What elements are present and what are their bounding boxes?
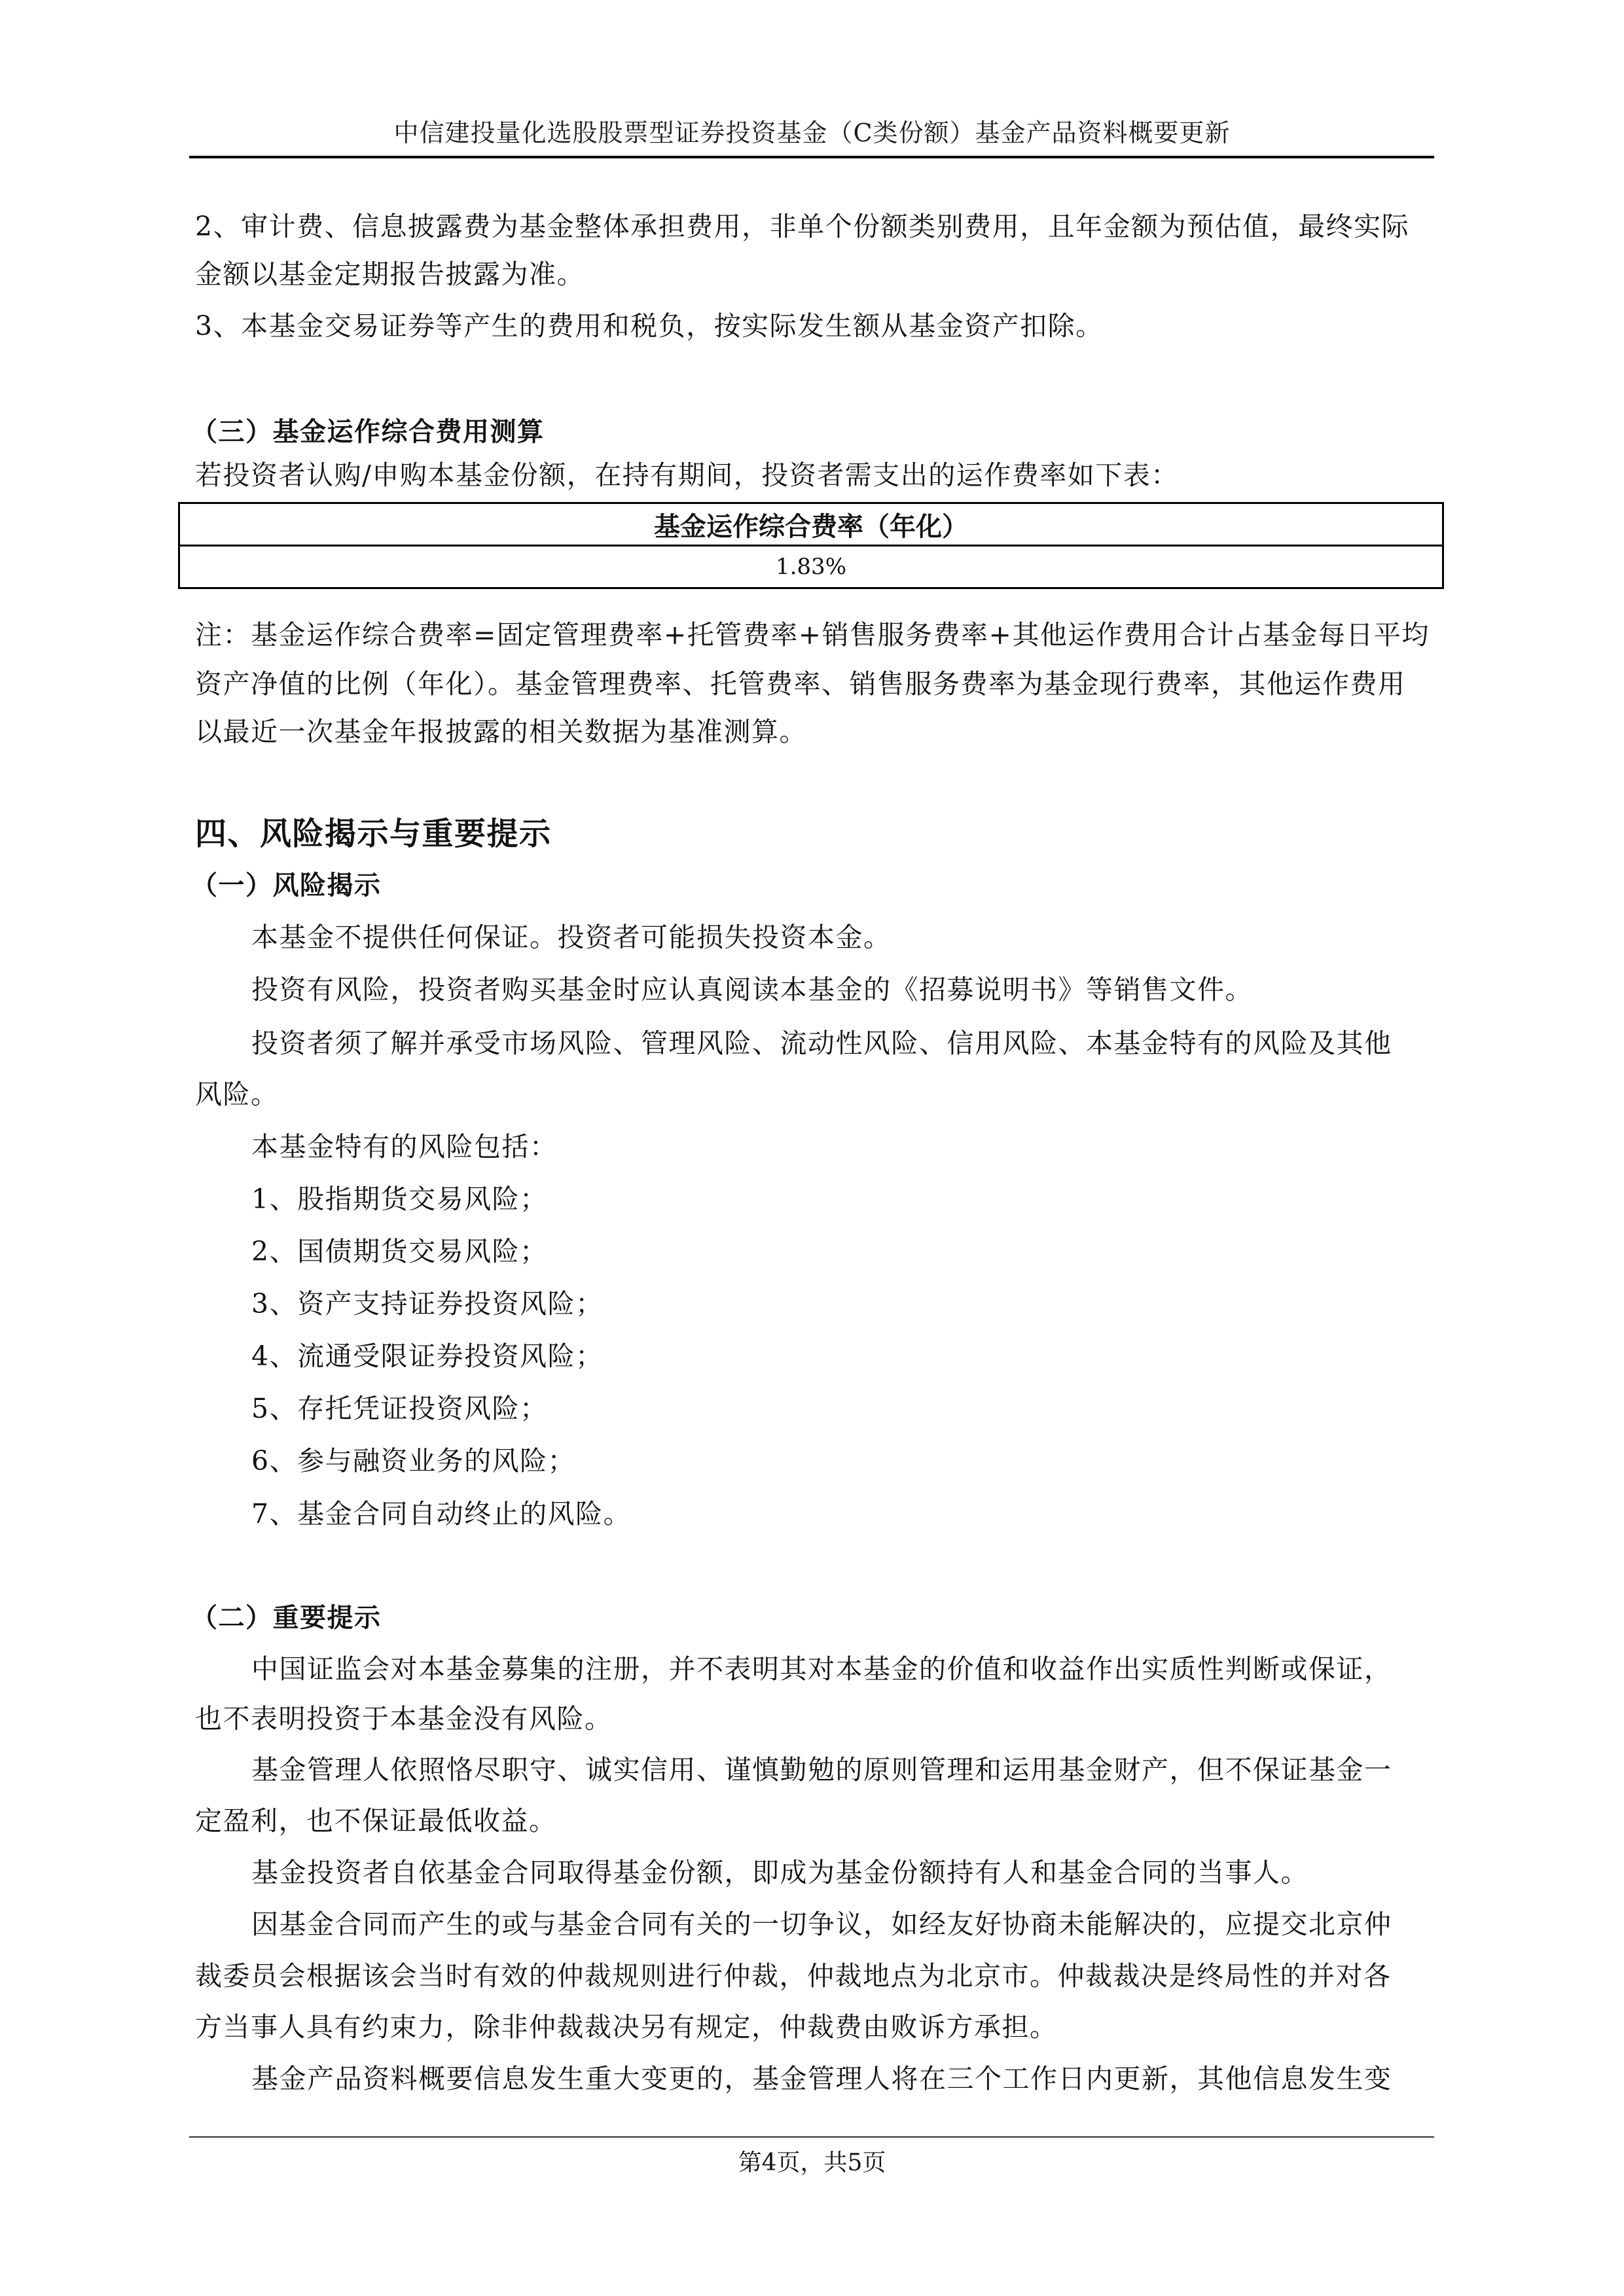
footer-divider (189, 2136, 1434, 2138)
notice-line: 定盈利，也不保证最低收益。 (195, 1804, 557, 1838)
fee-note-2-line-1: 2、审计费、信息披露费为基金整体承担费用，非单个份额类别费用，且年金额为预估值，… (195, 209, 1409, 243)
operating-fee-table-value: 1.83% (179, 546, 1443, 588)
fee-note-2-line-2: 金额以基金定期报告披露为准。 (195, 257, 585, 291)
section-heading-operating-fee-estimate: （三）基金运作综合费用测算 (191, 415, 545, 449)
section-heading-risk-disclosure: （一）风险揭示 (191, 869, 382, 903)
notice-line: 基金投资者自依基金合同取得基金份额，即成为基金份额持有人和基金合同的当事人。 (251, 1856, 1308, 1890)
operating-fee-table-header: 基金运作综合费率（年化） (179, 503, 1443, 546)
document-header-title: 中信建投量化选股股票型证券投资基金（C类份额）基金产品资料概要更新 (0, 113, 1624, 149)
notice-line: 基金管理人依照恪尽职守、诚实信用、谨慎勤勉的原则管理和运用基金财产，但不保证基金… (251, 1753, 1392, 1787)
risk-paragraph-3-line-2: 风险。 (195, 1077, 279, 1111)
risk-list-item: 6、参与融资业务的风险； (251, 1444, 575, 1478)
risk-list-item: 4、流通受限证券投资风险； (251, 1339, 604, 1373)
notice-line: 中国证监会对本基金募集的注册，并不表明其对本基金的价值和收益作出实质性判断或保证… (251, 1652, 1392, 1686)
risk-list-item: 3、资产支持证券投资风险； (251, 1287, 604, 1321)
operating-fee-intro: 若投资者认购/申购本基金份额，在持有期间，投资者需支出的运作费率如下表： (195, 458, 1179, 492)
risk-paragraph-3-line-1: 投资者须了解并承受市场风险、管理风险、流动性风险、信用风险、本基金特有的风险及其… (251, 1026, 1392, 1060)
notice-line: 基金产品资料概要信息发生重大变更的，基金管理人将在三个工作日内更新，其他信息发生… (251, 2062, 1392, 2096)
risk-list-item: 7、基金合同自动终止的风险。 (251, 1497, 631, 1531)
header-divider (189, 156, 1434, 158)
risk-list-item: 1、股指期货交易风险； (251, 1182, 548, 1216)
risk-paragraph-1: 本基金不提供任何保证。投资者可能损失投资本金。 (251, 920, 892, 954)
risk-list-item: 2、国债期货交易风险； (251, 1234, 548, 1268)
notice-line: 也不表明投资于本基金没有风险。 (195, 1702, 613, 1736)
page-number: 第4页，共5页 (0, 2144, 1624, 2178)
fee-note-3: 3、本基金交易证券等产生的费用和税负，按实际发生额从基金资产扣除。 (195, 309, 1104, 343)
section-heading-important-notice: （二）重要提示 (191, 1601, 382, 1635)
operating-fee-note-line-1: 注：基金运作综合费率=固定管理费率+托管费率+销售服务费率+其他运作费用合计占基… (195, 618, 1430, 652)
notice-line: 因基金合同而产生的或与基金合同有关的一切争议，如经友好协商未能解决的，应提交北京… (251, 1907, 1392, 1941)
section-heading-risk-and-notice: 四、风险揭示与重要提示 (195, 814, 552, 853)
notice-line: 方当事人具有约束力，除非仲裁裁决另有规定，仲裁费由败诉方承担。 (195, 2010, 1058, 2044)
risk-paragraph-2: 投资有风险，投资者购买基金时应认真阅读本基金的《招募说明书》等销售文件。 (251, 973, 1253, 1007)
operating-fee-note-line-3: 以最近一次基金年报披露的相关数据为基准测算。 (195, 715, 807, 749)
risk-list-item: 5、存托凭证投资风险； (251, 1391, 548, 1426)
operating-fee-table: 基金运作综合费率（年化） 1.83% (178, 502, 1444, 589)
risk-paragraph-4: 本基金特有的风险包括： (251, 1130, 558, 1164)
operating-fee-note-line-2: 资产净值的比例（年化）。基金管理费率、托管费率、销售服务费率为基金现行费率，其他… (195, 667, 1406, 701)
notice-line: 裁委员会根据该会当时有效的仲裁规则进行仲裁，仲裁地点为北京市。仲裁裁决是终局性的… (195, 1959, 1392, 1993)
